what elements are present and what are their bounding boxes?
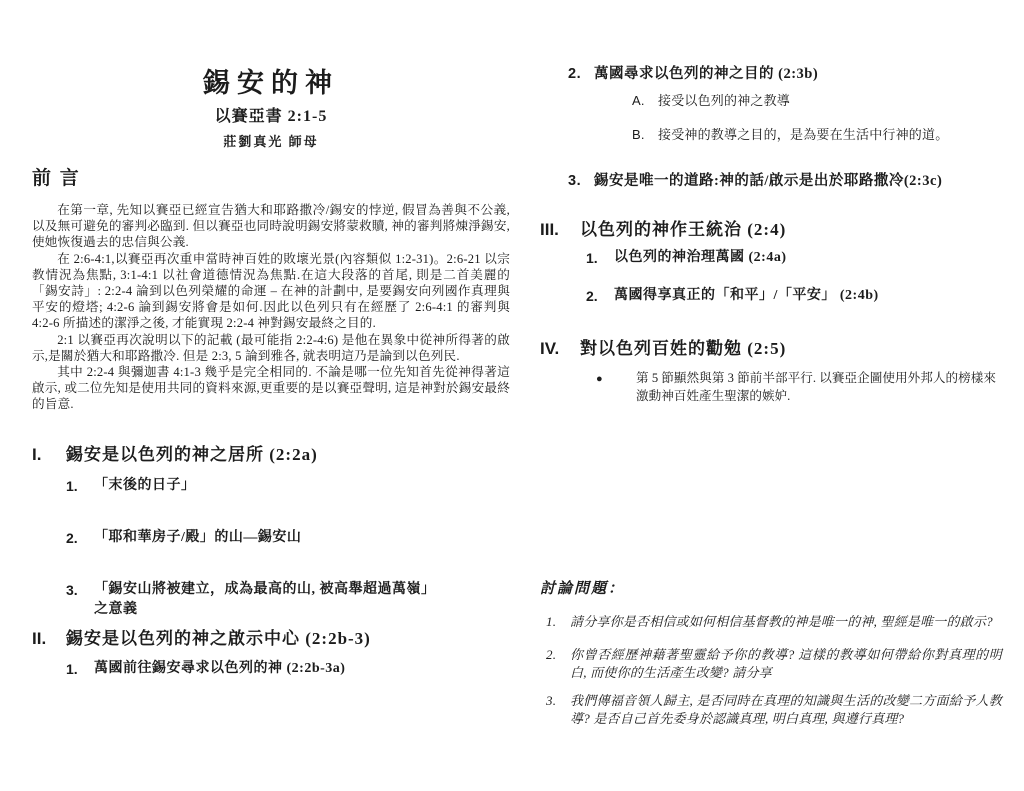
preface-paragraph: 在 2:6-4:1,以賽亞再次重申當時神百姓的敗壞光景(內容類似 1:2-31)… (32, 251, 510, 332)
question-text: 你曾否經歷神藉著聖靈給予你的教導? 這樣的教導如何帶給你對真理的明白, 而使你的… (570, 646, 1002, 682)
right-column: 2. 萬國尋求以色列的神之目的 (2:3b) A. 接受以色列的神之教導 B. … (540, 64, 1002, 784)
section-4-title: 對以色列百姓的勸勉 (2:5) (580, 337, 786, 360)
scripture-reference: 以賽亞書 2:1-5 (32, 106, 510, 128)
question-number: 3. (546, 692, 570, 728)
item-number: 1. (66, 476, 94, 496)
section-4-note: ● 第 5 節顯然與第 3 節前半部平行. 以賽亞企圖使用外邦人的榜樣來激動神百… (596, 369, 996, 405)
section-2-heading: II. 錫安是以色列的神之啟示中心 (2:2b-3) (32, 627, 510, 650)
outline-subitem: A. 接受以色列的神之教導 (632, 92, 1002, 110)
discussion-question: 2. 你曾否經歷神藉著聖靈給予你的教導? 這樣的教導如何帶給你對真理的明白, 而… (546, 646, 1002, 682)
discussion-heading: 討論問題： (540, 579, 1002, 599)
preface-body: 在第一章, 先知以賽亞已經宣告猶大和耶路撒冷/錫安的悖逆, 假冒為善與不公義, … (32, 202, 510, 413)
section-1-number: I. (32, 443, 66, 466)
outline-item: 1. 以色列的神治理萬國 (2:4a) (586, 248, 1002, 268)
question-number: 1. (546, 613, 570, 631)
outline-subitem: B. 接受神的教導之目的，是為要在生活中行神的道。 (632, 126, 1002, 144)
page-title: 錫安的神 (32, 66, 510, 100)
outline-item: 3. 錫安是唯一的道路:神的話/啟示是出於耶路撒冷(2:3c) (568, 171, 1002, 191)
item-number: 2. (568, 64, 594, 84)
item-text: 「末後的日子」 (94, 476, 510, 496)
outline-item: 3. 「錫安山將被建立，成為最高的山, 被高舉超過萬嶺」 之意義 (66, 580, 510, 620)
question-number: 2. (546, 646, 570, 682)
preface-paragraph: 其中 2:2-4 與彌迦書 4:1-3 幾乎是完全相同的. 不論是哪一位先知首先… (32, 364, 510, 413)
subitem-letter: A. (632, 92, 658, 110)
item-number: 3. (66, 580, 94, 620)
author-name: 莊劉真光 師母 (32, 133, 510, 151)
item-text: 「錫安山將被建立，成為最高的山, 被高舉超過萬嶺」 之意義 (94, 580, 510, 620)
section-1-heading: I. 錫安是以色列的神之居所 (2:2a) (32, 443, 510, 466)
item-text: 以色列的神治理萬國 (2:4a) (614, 248, 1002, 268)
item-number: 2. (586, 286, 614, 306)
item-number: 2. (66, 528, 94, 548)
note-text: 第 5 節顯然與第 3 節前半部平行. 以賽亞企圖使用外邦人的榜樣來激動神百姓產… (636, 369, 996, 405)
item-text: 錫安是唯一的道路:神的話/啟示是出於耶路撒冷(2:3c) (594, 171, 942, 191)
outline-item: 1. 萬國前往錫安尋求以色列的神 (2:2b-3a) (66, 659, 510, 679)
subitem-letter: B. (632, 126, 658, 144)
section-3-title: 以色列的神作王統治 (2:4) (580, 218, 786, 241)
discussion-question: 1. 請分享你是否相信或如何相信基督教的神是唯一的神, 聖經是唯一的啟示? (546, 613, 1002, 631)
item-number: 1. (586, 248, 614, 268)
question-text: 我們傳福音領人歸主, 是否同時在真理的知識與生活的改變二方面給予人教導? 是否自… (570, 692, 1002, 728)
section-2-title: 錫安是以色列的神之啟示中心 (2:2b-3) (66, 627, 371, 650)
item-text: 萬國尋求以色列的神之目的 (2:3b) (594, 64, 818, 84)
section-3-number: III. (540, 218, 580, 241)
question-text: 請分享你是否相信或如何相信基督教的神是唯一的神, 聖經是唯一的啟示? (570, 613, 993, 631)
section-1-title: 錫安是以色列的神之居所 (2:2a) (66, 443, 318, 466)
bullet-icon: ● (596, 369, 636, 405)
section-2-number: II. (32, 627, 66, 650)
preface-paragraph: 2:1 以賽亞再次說明以下的記載 (最可能指 2:2-4:6) 是他在異象中從神… (32, 332, 510, 364)
item-number: 1. (66, 659, 94, 679)
outline-item: 2. 萬國得享真正的「和平」/「平安」 (2:4b) (586, 286, 1002, 306)
preface-paragraph: 在第一章, 先知以賽亞已經宣告猶大和耶路撒冷/錫安的悖逆, 假冒為善與不公義, … (32, 202, 510, 251)
item-text: 萬國得享真正的「和平」/「平安」 (2:4b) (614, 286, 1002, 306)
item-number: 3. (568, 171, 594, 191)
outline-item: 2. 「耶和華房子/殿」的山—錫安山 (66, 528, 510, 548)
discussion-question: 3. 我們傳福音領人歸主, 是否同時在真理的知識與生活的改變二方面給予人教導? … (546, 692, 1002, 728)
left-column: 錫安的神 以賽亞書 2:1-5 莊劉真光 師母 前 言 在第一章, 先知以賽亞已… (32, 66, 510, 679)
subitem-text: 接受神的教導之目的，是為要在生活中行神的道。 (658, 126, 948, 144)
item-text: 「耶和華房子/殿」的山—錫安山 (94, 528, 510, 548)
section-3-heading: III. 以色列的神作王統治 (2:4) (540, 218, 1002, 241)
document-page: 錫安的神 以賽亞書 2:1-5 莊劉真光 師母 前 言 在第一章, 先知以賽亞已… (0, 0, 1024, 791)
preface-heading: 前 言 (32, 167, 510, 191)
section-4-number: IV. (540, 337, 580, 360)
item-text: 萬國前往錫安尋求以色列的神 (2:2b-3a) (94, 659, 510, 679)
discussion-section: 討論問題： 1. 請分享你是否相信或如何相信基督教的神是唯一的神, 聖經是唯一的… (540, 579, 1002, 728)
subitem-text: 接受以色列的神之教導 (658, 92, 790, 110)
outline-item: 2. 萬國尋求以色列的神之目的 (2:3b) (568, 64, 1002, 84)
outline-item: 1. 「末後的日子」 (66, 476, 510, 496)
section-4-heading: IV. 對以色列百姓的勸勉 (2:5) (540, 337, 1002, 360)
